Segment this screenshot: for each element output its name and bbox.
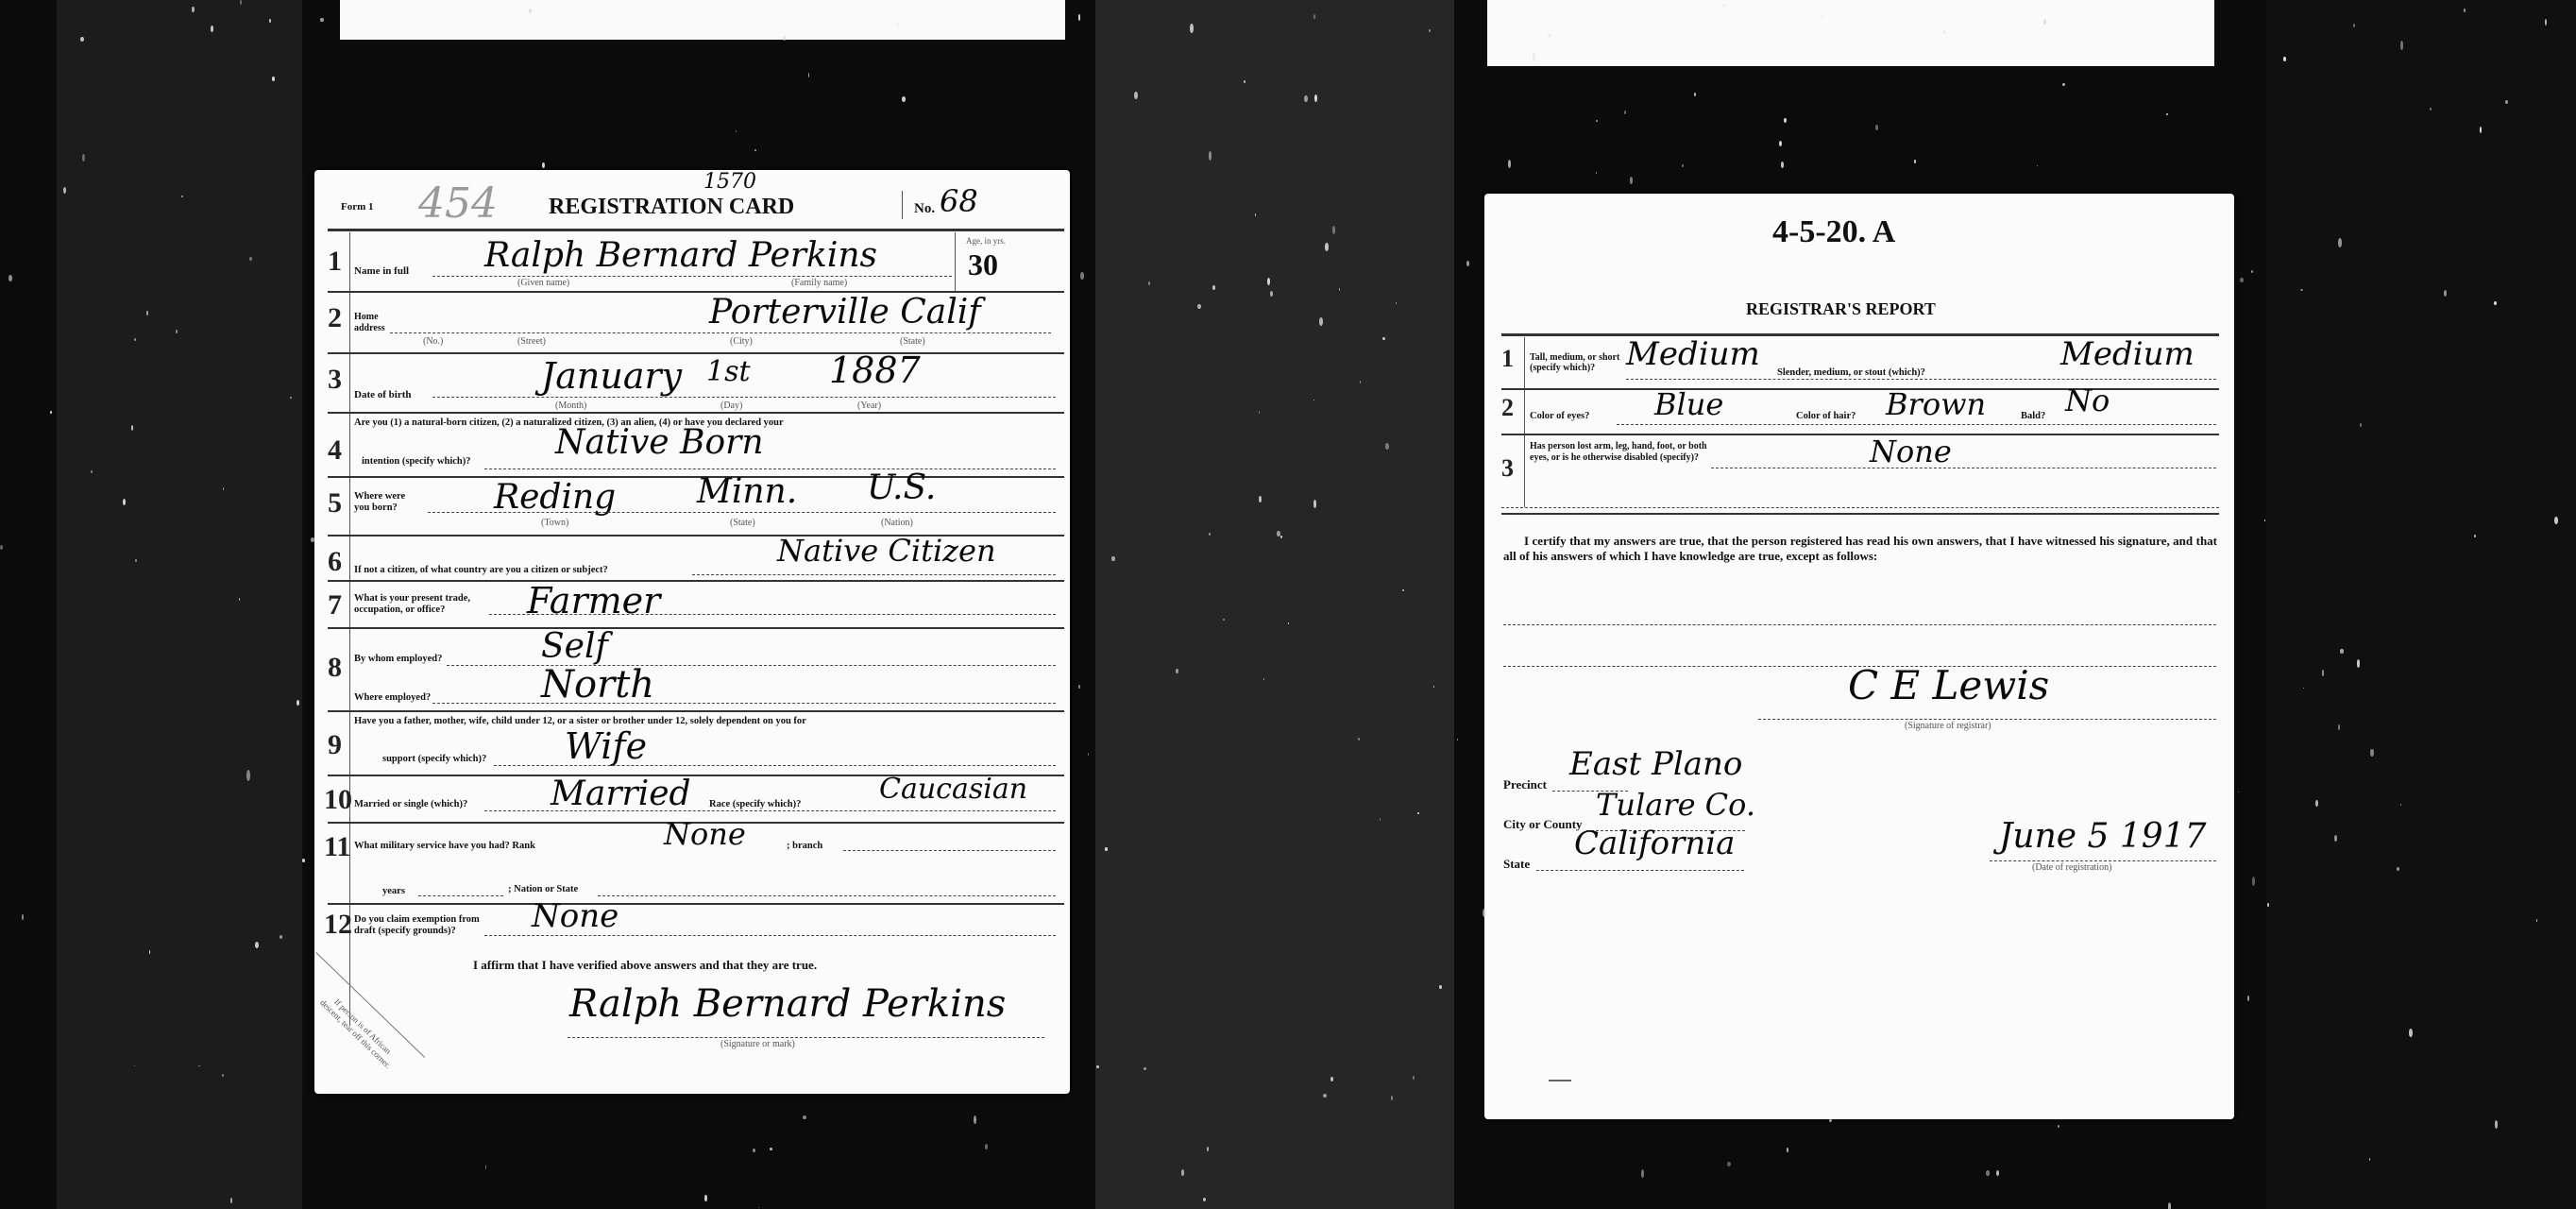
row-number: 3: [1501, 454, 1514, 483]
row-number: 6: [328, 546, 342, 578]
registration-date: June 5 1917: [1999, 817, 2207, 856]
dob-month-value: January: [541, 355, 682, 397]
full-name-value: Ralph Bernard Perkins: [484, 236, 877, 275]
disability-label: Has person lost arm, leg, hand, foot, or…: [1530, 441, 1719, 464]
signature-caption: (Signature or mark): [720, 1039, 795, 1049]
county-value: Tulare Co.: [1596, 787, 1755, 823]
row-number: 1: [328, 246, 342, 278]
home-address-value: Porterville Calif: [709, 293, 981, 332]
state-value: California: [1574, 825, 1735, 862]
film-band: [1095, 0, 1454, 1209]
hair-color-label: Color of hair?: [1796, 411, 1856, 421]
row-number: 8: [328, 652, 342, 684]
serial-number: 1570: [703, 170, 756, 194]
eye-color-value: Blue: [1654, 386, 1723, 422]
previous-card-stub-left: [340, 0, 1065, 40]
race-label: Race (specify which)?: [709, 799, 801, 809]
row-number: 7: [328, 589, 342, 622]
birthplace-label: Where were you born?: [354, 491, 411, 514]
employment-place-label: Where employed?: [354, 692, 431, 703]
occupation-value: Farmer: [527, 580, 660, 622]
report-title: REGISTRAR'S REPORT: [1746, 299, 1936, 319]
registrant-signature: Ralph Bernard Perkins: [569, 982, 1006, 1026]
sub-label: (Year): [857, 400, 881, 411]
military-label: What military service have you had? Rank: [354, 841, 535, 851]
sub-label: (Nation): [881, 518, 913, 528]
date-caption: (Date of registration): [2032, 862, 2111, 873]
no-label: No.: [914, 201, 935, 217]
disability-value: None: [1870, 434, 1952, 469]
birth-town-value: Reding: [494, 478, 616, 517]
bald-value: No: [2065, 383, 2110, 418]
build-value: Medium: [2060, 335, 2195, 373]
registration-card: Form 1 454 1570 REGISTRATION CARD No. 68…: [314, 170, 1070, 1094]
employment-place-value: North: [541, 663, 654, 707]
height-value: Medium: [1626, 335, 1760, 373]
film-band: [2266, 0, 2576, 1209]
exemption-label: Do you claim exemption from draft (speci…: [354, 914, 486, 937]
affirmation-text: I affirm that I have verified above answ…: [473, 958, 817, 973]
previous-card-stub-right: [1487, 0, 2214, 66]
build-label: Slender, medium, or stout (which)?: [1777, 367, 1925, 378]
card-title: REGISTRATION CARD: [549, 195, 794, 220]
row-number: 2: [1501, 394, 1514, 422]
dob-label: Date of birth: [354, 389, 412, 400]
row-number: 3: [328, 364, 342, 396]
marital-value: Married: [551, 775, 691, 813]
sub-label: (Family name): [791, 278, 847, 288]
years-label: years: [382, 886, 405, 896]
certification-text: I certify that my answers are true, that…: [1503, 534, 2217, 564]
sub-label: (Given name): [517, 278, 569, 288]
age-label: Age, in yrs.: [966, 236, 1006, 246]
sub-label: (State): [730, 518, 755, 528]
marital-label: Married or single (which)?: [354, 799, 467, 809]
row-number: 12: [324, 909, 352, 941]
film-band: [57, 0, 302, 1209]
sub-label: (Day): [720, 400, 742, 411]
report-code: 4-5-20. A: [1772, 214, 1895, 250]
bald-label: Bald?: [2021, 411, 2045, 421]
name-label: Name in full: [354, 265, 409, 277]
precinct-value: East Plano: [1569, 745, 1742, 783]
card-number: 68: [940, 183, 978, 219]
age-value: 30: [968, 247, 998, 282]
precinct-label: Precinct: [1503, 777, 1547, 792]
foreign-citizen-value: Native Citizen: [777, 533, 996, 569]
sub-label: (State): [900, 336, 925, 347]
registrar-caption: (Signature of registrar): [1905, 721, 1991, 731]
row-number: 4: [328, 434, 342, 467]
row-number: 10: [324, 784, 352, 816]
dob-day-value: 1st: [706, 355, 751, 388]
row-number: 11: [324, 831, 350, 863]
foreign-citizen-label: If not a citizen, of what country are yo…: [354, 565, 608, 575]
registrar-signature: C E Lewis: [1848, 662, 2049, 708]
eye-color-label: Color of eyes?: [1530, 411, 1589, 421]
race-value: Caucasian: [879, 773, 1027, 806]
row-number: 2: [328, 302, 342, 334]
address-label: Home address: [354, 312, 411, 334]
nation-state-label: ; Nation or State: [508, 884, 578, 894]
form-label: Form 1: [341, 201, 374, 213]
county-label: City or County: [1503, 817, 1583, 832]
sub-label: (City): [730, 336, 753, 347]
row-number: 5: [328, 487, 342, 519]
sub-label: (Town): [541, 518, 568, 528]
height-label: Tall, medium, or short (specify which)?: [1530, 352, 1634, 373]
sub-label: (Month): [555, 400, 586, 411]
birth-nation-value: U.S.: [867, 468, 936, 507]
birth-state-value: Minn.: [697, 472, 797, 511]
sub-label: (No.): [423, 336, 443, 347]
row-number: 9: [328, 729, 342, 761]
row-number: 1: [1501, 345, 1514, 373]
state-label: State: [1503, 857, 1530, 872]
stray-mark: [1549, 1080, 1571, 1081]
military-value: None: [664, 816, 746, 852]
citizenship-question-cont: intention (specify which)?: [362, 456, 471, 467]
sub-label: (Street): [517, 336, 546, 347]
employer-value: Self: [541, 627, 608, 666]
exemption-value: None: [532, 897, 619, 935]
pencil-number: 454: [418, 179, 498, 228]
citizenship-value: Native Born: [555, 423, 764, 462]
occupation-label: What is your present trade, occupation, …: [354, 593, 486, 616]
corner-note: If person is of African descent, tear of…: [314, 987, 403, 1074]
employer-label: By whom employed?: [354, 654, 442, 664]
registrar-report-card: 4-5-20. A REGISTRAR'S REPORT 1 Tall, med…: [1484, 194, 2234, 1119]
branch-label: ; branch: [787, 841, 822, 851]
dependents-question-cont: support (specify which)?: [382, 754, 486, 764]
hair-color-value: Brown: [1886, 386, 1986, 422]
dependents-value: Wife: [565, 725, 647, 767]
dob-year-value: 1887: [829, 349, 921, 391]
